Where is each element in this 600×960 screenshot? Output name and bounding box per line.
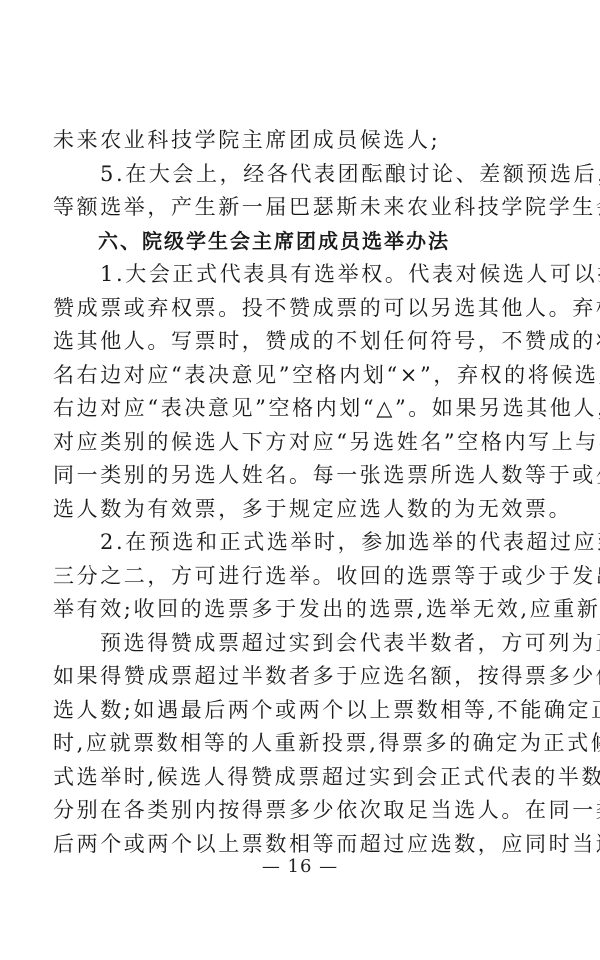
page-number: — 16 —: [0, 856, 600, 877]
text-line: 如果得赞成票超过半数者多于应选名额，按得票多少依次取足应: [53, 660, 555, 694]
text-line: 选其他人。写票时，赞成的不划任何符号，不赞成的将候选人姓: [53, 325, 555, 359]
text-line: 选人数;如遇最后两个或两个以上票数相等,不能确定正式候选人: [53, 694, 555, 728]
text-line: 选人数为有效票，多于规定应选人数的为无效票。: [53, 493, 555, 527]
section-heading: 六、院级学生会主席团成员选举办法: [53, 225, 555, 259]
text-line: 时,应就票数相等的人重新投票,得票多的确定为正式候选人。正: [53, 727, 555, 761]
text-line: 未来农业科技学院主席团成员候选人;: [53, 124, 555, 158]
text-line: 三分之二，方可进行选举。收回的选票等于或少于发出的选票选: [53, 560, 555, 594]
paragraph-candidate-selection: 预选得赞成票超过实到会代表半数者，方可列为正式候选人 如果得赞成票超过半数者多于…: [53, 627, 555, 862]
text-line: 等额选举，产生新一届巴瑟斯未来农业科技学院学生会主席团。: [53, 191, 555, 225]
paragraph-election-quorum: 2.在预选和正式选举时，参加选举的代表超过应到会代表的 三分之二，方可进行选举。…: [53, 526, 555, 627]
text-line: 名右边对应“表决意见”空格内划“×”，弃权的将候选人姓名: [53, 359, 555, 393]
text-line: 1.大会正式代表具有选举权。代表对候选人可以投赞成票不: [53, 258, 555, 292]
text-line: 5.在大会上，经各代表团酝酿讨论、差额预选后，提交大会: [53, 158, 555, 192]
text-line: 分别在各类别内按得票多少依次取足当选人。在同一类别内如最: [53, 794, 555, 828]
text-line: 2.在预选和正式选举时，参加选举的代表超过应到会代表的: [53, 526, 555, 560]
text-line: 同一类别的另选人姓名。每一张选票所选人数等于或少于规定应: [53, 459, 555, 493]
text-line: 举有效;收回的选票多于发出的选票,选举无效,应重新进行选举。: [53, 593, 555, 627]
text-line: 预选得赞成票超过实到会代表半数者，方可列为正式候选人: [53, 627, 555, 661]
text-line: 式选举时,候选人得赞成票超过实到会正式代表的半数始得当选,: [53, 761, 555, 795]
paragraph-voting-rights: 1.大会正式代表具有选举权。代表对候选人可以投赞成票不 赞成票或弃权票。投不赞成…: [53, 258, 555, 526]
text-line: 赞成票或弃权票。投不赞成票的可以另选其他人。弃权的不能另: [53, 292, 555, 326]
text-line: 对应类别的候选人下方对应“另选姓名”空格内写上与不赞成人: [53, 426, 555, 460]
text-line: 右边对应“表决意见”空格内划“△”。如果另选其他人，可在: [53, 392, 555, 426]
document-body: 未来农业科技学院主席团成员候选人; 5.在大会上，经各代表团酝酿讨论、差额预选后…: [53, 124, 555, 861]
